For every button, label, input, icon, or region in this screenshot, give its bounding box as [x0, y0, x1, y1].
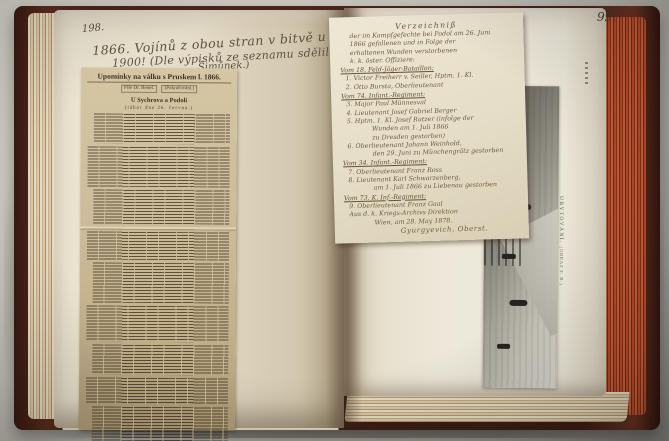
note-lines: Verzeichnißder im Kampfgefechte bei Podo…	[337, 19, 521, 237]
page-edges-bottom-right	[344, 392, 629, 422]
right-page-number: 99.	[597, 10, 617, 25]
clipping-continuation: (Pokračování.)	[162, 85, 198, 93]
clipping-dateline: (tábor dne 26. června.)	[87, 106, 231, 112]
clipping-text-block	[94, 114, 230, 145]
clipping-text-block	[87, 232, 229, 261]
clipping-text-block	[86, 378, 228, 405]
clipping-text-block	[86, 306, 228, 343]
left-page-number: 198.	[82, 22, 105, 35]
handwritten-note: Verzeichnißder im Kampfgefechte bei Podo…	[329, 12, 529, 243]
photo-caption: UBYTOVÁNÍ.(OBRAZ F. B.)	[558, 196, 564, 285]
photo-caption-detail: (OBRAZ F. B.)	[559, 247, 564, 286]
clipping-text-block	[87, 147, 229, 188]
figure-silhouette	[509, 300, 527, 306]
clipping-text-block	[92, 345, 228, 376]
figure-silhouette	[502, 254, 516, 259]
clipping-byline: Píše Dr. Beneš.	[121, 85, 158, 93]
clipping-text-block	[93, 263, 229, 304]
clipping-seam	[80, 226, 236, 229]
clipping-byline-row: Píše Dr. Beneš. (Pokračování.)	[87, 85, 231, 94]
photo-caption-title: UBYTOVÁNÍ.	[558, 196, 564, 244]
plate-mark-ticks	[585, 62, 588, 84]
newspaper-clipping: Upomínky na válku s Pruskem l. 1866. Píš…	[79, 67, 238, 430]
clipping-text-block	[92, 407, 228, 441]
figure-silhouette	[497, 344, 510, 349]
red-fore-edge	[602, 17, 646, 415]
clipping-subhead: U Sychrova a Podolí	[87, 97, 231, 105]
clipping-text-block	[93, 190, 229, 225]
scrapbook-photo: 198. 1866. Vojínů z obou stran v bitvě u…	[0, 0, 669, 441]
clipping-masthead: Upomínky na válku s Pruskem l. 1866.	[87, 72, 231, 84]
